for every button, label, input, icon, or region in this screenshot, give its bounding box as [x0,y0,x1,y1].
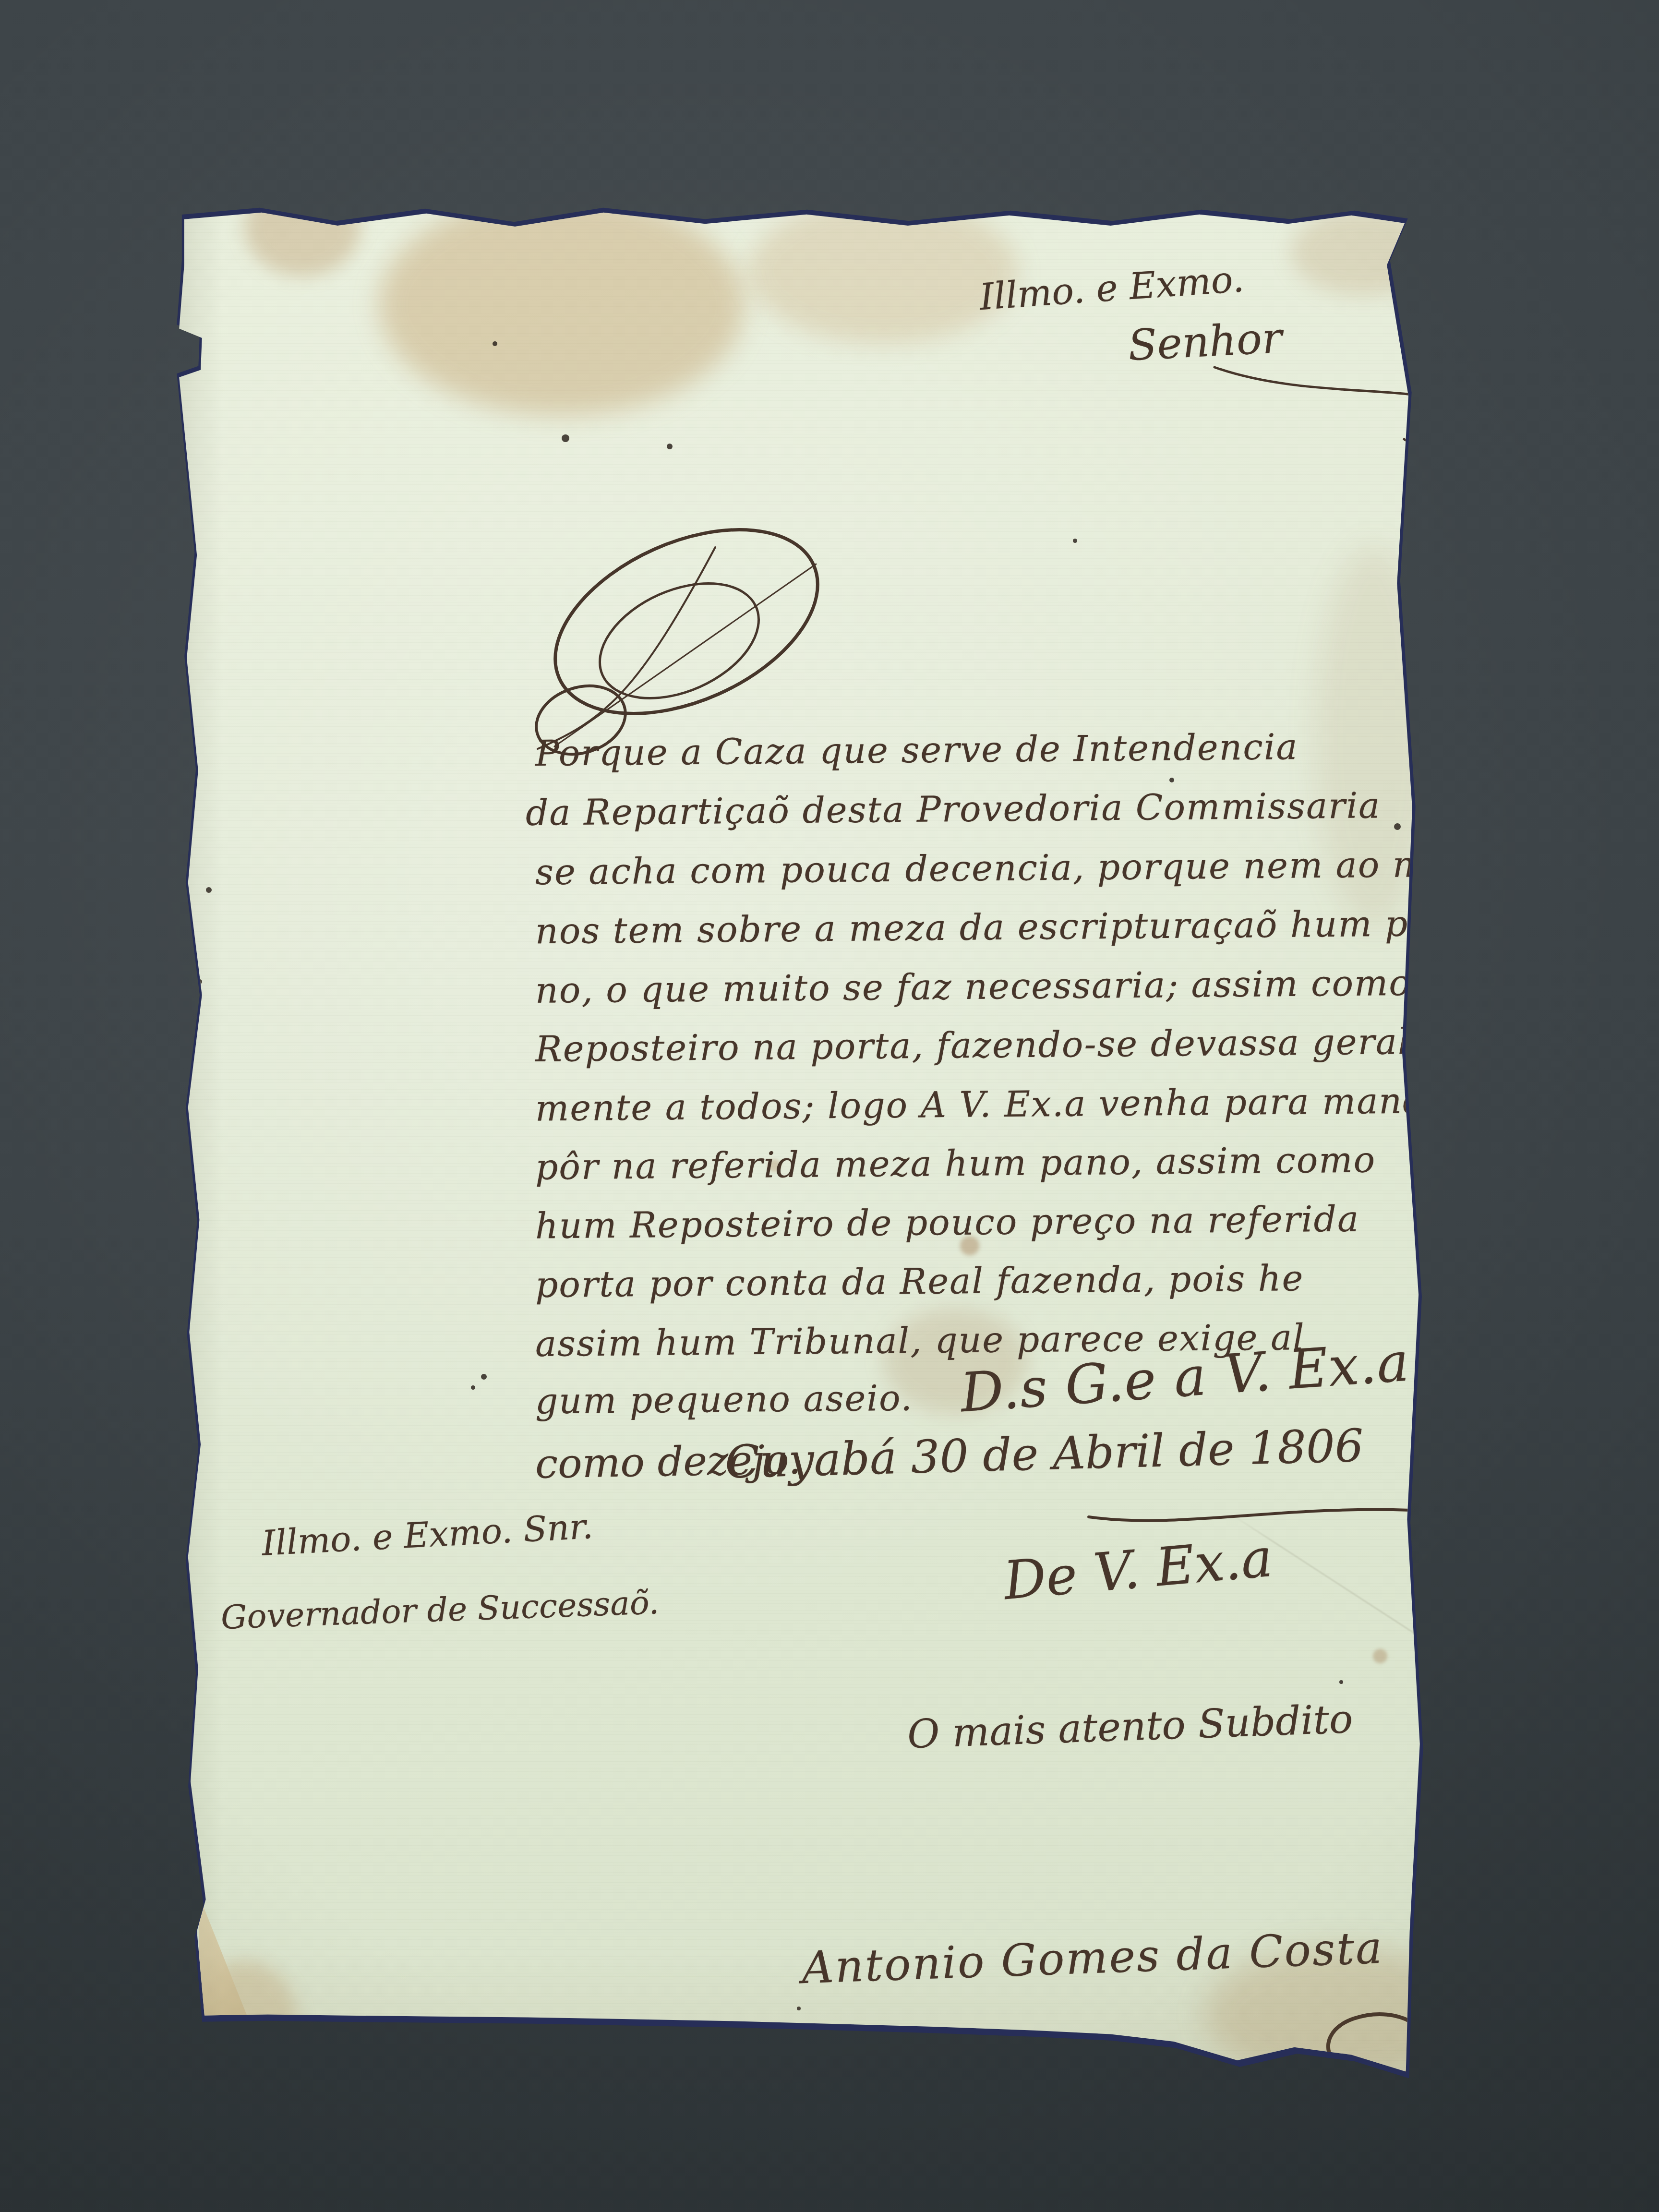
ink-speck [667,444,673,449]
stain [1373,1649,1387,1663]
ink-speck [493,341,497,346]
ink-speck [1339,1680,1343,1684]
address-line-1: Illmo. e Exmo. Snr. [261,1506,594,1563]
body-line: Reposteiro na porta, fazendo-se devassa … [535,1021,1410,1070]
stain [317,2119,1373,2196]
address-line-2: Governador de Successaõ. [220,1584,660,1637]
salutation-swash-flourish [1205,358,1493,463]
body-line: mente a todos; logo A V. Ex.a venha para… [535,1080,1467,1130]
paper-stack: Illmo. e Exmo. Senhor P Porque a Caz [173,209,1440,2081]
stain [245,180,360,276]
ink-speck [206,887,212,893]
body-line: Porque a Caza que serve de Intendencia [535,726,1298,774]
signature-rubric-flourish [1286,1911,1503,2112]
body-line: gum pequeno aseio. [535,1378,914,1422]
body-line: no, o que muito se faz necessaria; assim… [535,962,1496,1011]
letter-paper: Illmo. e Exmo. Senhor P Porque a Caz [173,209,1440,2081]
stain [1291,209,1435,295]
body-line: pôr na referida meza hum pano, assim com… [535,1139,1376,1188]
ink-speck [1394,823,1401,830]
stain [379,194,744,415]
body-line: porta por conta da Real fazenda, pois he [535,1258,1304,1306]
dog-ear-fold [199,1896,247,2016]
courtesy-line-1: De V. Ex.a [1001,1527,1274,1611]
ink-speck [1169,778,1174,782]
photo-backdrop: Illmo. e Exmo. Senhor P Porque a Caz [0,0,1659,2212]
ink-speck [562,434,569,442]
salutation-line-1: Illmo. e Exmo. [978,257,1245,318]
body-line: nos tem sobre a meza da escripturaçaõ hu… [535,903,1455,952]
dateline: Cuyabá 30 de Abril de 1806 [724,1420,1364,1489]
body-line: hum Reposteiro de pouco preço na referid… [535,1199,1360,1247]
ink-speck [471,1385,475,1390]
ink-speck [797,2007,801,2010]
body-line: se acha com pouca decencia, porque nem a… [535,844,1449,893]
ink-speck [481,1374,487,1380]
ink-speck [1073,539,1077,543]
body-line: da Repartiçaõ desta Provedoria Commissar… [526,785,1381,834]
courtesy-line-2: O mais atento Subdito [907,1696,1354,1757]
